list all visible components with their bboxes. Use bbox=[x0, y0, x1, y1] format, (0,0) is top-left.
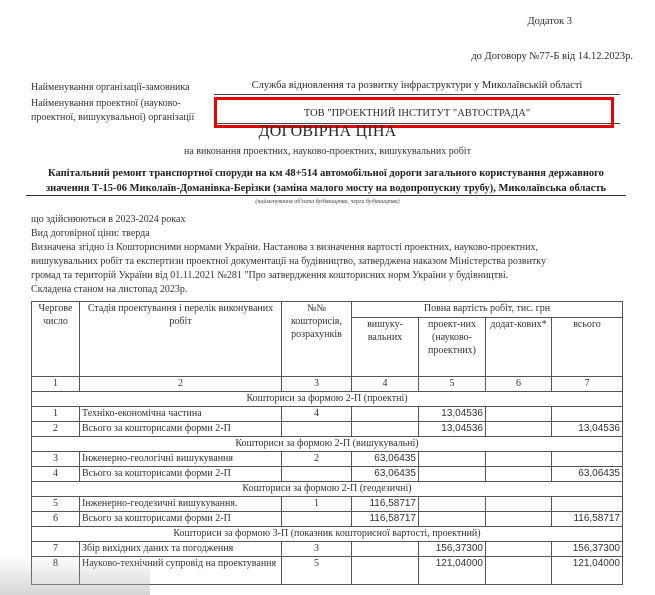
header-estimate-numbers: №№ кошторисів, розрахунків bbox=[282, 302, 352, 377]
section-title: Кошториси за формою 2-П (проектні) bbox=[32, 392, 623, 407]
row-total-cost: 63,06435 bbox=[552, 467, 623, 482]
row-design-cost bbox=[419, 452, 486, 467]
row-design-cost: 13,04536 bbox=[419, 407, 486, 422]
row-extra-cost bbox=[486, 452, 552, 467]
column-number: 3 bbox=[282, 377, 352, 392]
table-row: 7Збір вихідних даних та погодження3156,3… bbox=[32, 542, 623, 557]
row-survey-cost: 116,58717 bbox=[352, 497, 419, 512]
paragraph-years: що здійснюються в 2023-2024 роках bbox=[31, 213, 185, 227]
designer-label-line1: Найменування проектної (науково- bbox=[31, 97, 194, 111]
table-row: 5Інженерно-геодезичні вишукування.1116,5… bbox=[32, 497, 623, 512]
annex-label: Додаток 3 bbox=[527, 16, 572, 27]
row-survey-cost bbox=[352, 542, 419, 557]
header-stage: Стадія проектування і перелік виконувани… bbox=[80, 302, 282, 377]
row-survey-cost: 63,06435 bbox=[352, 467, 419, 482]
row-design-cost bbox=[419, 467, 486, 482]
row-total-cost bbox=[552, 452, 623, 467]
paragraph-basis-1: Визначена згідно із Кошторисними нормами… bbox=[31, 241, 538, 255]
row-estimate-ref bbox=[282, 467, 352, 482]
row-stage: Всього за кошторисами форми 2-П bbox=[80, 512, 282, 527]
header-survey: вишуку-вальних bbox=[352, 318, 419, 377]
row-extra-cost bbox=[486, 542, 552, 557]
row-design-cost: 121,04000 bbox=[419, 557, 486, 585]
row-total-cost: 121,04000 bbox=[552, 557, 623, 585]
column-number: 4 bbox=[352, 377, 419, 392]
row-estimate-ref bbox=[282, 422, 352, 437]
table-row: 8Науково-технічний супровід на проектува… bbox=[32, 557, 623, 585]
section-header-row: Кошториси за формою 2-П (проектні) bbox=[32, 392, 623, 407]
row-number: 5 bbox=[32, 497, 80, 512]
paragraph-basis-2: вишукувальних робіт та експертизи проект… bbox=[31, 255, 546, 269]
row-design-cost bbox=[419, 512, 486, 527]
row-estimate-ref bbox=[282, 512, 352, 527]
column-number-row: 1234567 bbox=[32, 377, 623, 392]
row-survey-cost: 116,58717 bbox=[352, 512, 419, 527]
row-stage: Науково-технічний супровід на проектуван… bbox=[80, 557, 282, 585]
column-number: 1 bbox=[32, 377, 80, 392]
section-title: Кошториси за формою 2-П (вишукувальні) bbox=[32, 437, 623, 452]
header-seq-number: Чергове число bbox=[32, 302, 80, 377]
row-design-cost bbox=[419, 497, 486, 512]
paragraph-date: Складена станом на листопад 2023р. bbox=[31, 283, 187, 297]
row-extra-cost bbox=[486, 467, 552, 482]
designer-label: Найменування проектної (науково- проектн… bbox=[31, 97, 194, 125]
column-number: 7 bbox=[552, 377, 623, 392]
section-header-row: Кошториси за формою 2-П (вишукувальні) bbox=[32, 437, 623, 452]
object-name-line2: значення Т-15-06 Миколаїв-Доманівка-Бері… bbox=[26, 183, 626, 196]
header-total: всього bbox=[552, 318, 623, 377]
row-total-cost bbox=[552, 497, 623, 512]
row-stage: Техніко-економічна частина bbox=[80, 407, 282, 422]
row-stage: Всього за кошторисами форми 2-П bbox=[80, 467, 282, 482]
row-number: 6 bbox=[32, 512, 80, 527]
row-stage: Збір вихідних даних та погодження bbox=[80, 542, 282, 557]
row-design-cost: 13,04536 bbox=[419, 422, 486, 437]
row-estimate-ref: 5 bbox=[282, 557, 352, 585]
section-header-row: Кошториси за формою 3-П (показник коштор… bbox=[32, 527, 623, 542]
customer-label: Найменування організації-замовника bbox=[31, 81, 190, 95]
row-stage: Всього за кошторисами форми 2-П bbox=[80, 422, 282, 437]
row-stage: Інженерно-геодезичні вишукування. bbox=[80, 497, 282, 512]
header-full-cost: Повна вартість робіт, тис. грн bbox=[352, 302, 623, 318]
document-title: ДОГОВІРНА ЦІНА bbox=[0, 123, 655, 141]
row-estimate-ref: 4 bbox=[282, 407, 352, 422]
table-row: 4Всього за кошторисами форми 2-П63,06435… bbox=[32, 467, 623, 482]
header-design: проект-них (науково-проектних) bbox=[419, 318, 486, 377]
row-number: 4 bbox=[32, 467, 80, 482]
contract-reference: до Договору №77-Б від 14.12.2023р. bbox=[471, 51, 633, 62]
row-extra-cost bbox=[486, 407, 552, 422]
row-estimate-ref: 1 bbox=[282, 497, 352, 512]
row-total-cost: 13,04536 bbox=[552, 422, 623, 437]
row-design-cost: 156,37300 bbox=[419, 542, 486, 557]
row-number: 1 bbox=[32, 407, 80, 422]
paragraph-basis-3: громад та територій України від 01.11.20… bbox=[31, 269, 508, 283]
row-total-cost bbox=[552, 407, 623, 422]
row-survey-cost bbox=[352, 407, 419, 422]
row-number: 3 bbox=[32, 452, 80, 467]
row-total-cost: 116,58717 bbox=[552, 512, 623, 527]
row-extra-cost bbox=[486, 422, 552, 437]
row-number: 8 bbox=[32, 557, 80, 585]
designer-value: ТОВ "ПРОЕКТНИЙ ІНСТИТУТ "АВТОСТРАДА" bbox=[214, 108, 620, 124]
row-survey-cost bbox=[352, 557, 419, 585]
row-total-cost: 156,37300 bbox=[552, 542, 623, 557]
row-survey-cost bbox=[352, 422, 419, 437]
section-title: Кошториси за формою 2-П (геодезичні) bbox=[32, 482, 623, 497]
table-row: 1Техніко-економічна частина413,04536 bbox=[32, 407, 623, 422]
paragraph-price-type: Вид договірної ціни: тверда bbox=[31, 227, 150, 241]
section-title: Кошториси за формою 3-П (показник коштор… bbox=[32, 527, 623, 542]
row-estimate-ref: 3 bbox=[282, 542, 352, 557]
object-name-line1: Капітальний ремонт транспортної споруди … bbox=[26, 168, 626, 179]
row-extra-cost bbox=[486, 497, 552, 512]
table-row: 6Всього за кошторисами форми 2-П116,5871… bbox=[32, 512, 623, 527]
table-row: 3Інженерно-геологічні вишукування263,064… bbox=[32, 452, 623, 467]
row-extra-cost bbox=[486, 512, 552, 527]
header-extra: додат-кових* bbox=[486, 318, 552, 377]
row-extra-cost bbox=[486, 557, 552, 585]
row-estimate-ref: 2 bbox=[282, 452, 352, 467]
document-subtitle: на виконання проектних, науково-проектни… bbox=[0, 146, 655, 157]
column-number: 2 bbox=[80, 377, 282, 392]
cost-table: Чергове число Стадія проектування і пере… bbox=[31, 301, 623, 585]
row-number: 7 bbox=[32, 542, 80, 557]
table-row: 2Всього за кошторисами форми 2-П13,04536… bbox=[32, 422, 623, 437]
row-stage: Інженерно-геологічні вишукування bbox=[80, 452, 282, 467]
object-caption: (найменування об'єкта будівництва, черги… bbox=[0, 199, 655, 205]
row-number: 2 bbox=[32, 422, 80, 437]
section-header-row: Кошториси за формою 2-П (геодезичні) bbox=[32, 482, 623, 497]
customer-value: Служба відновлення та розвитку інфрастру… bbox=[214, 80, 620, 95]
column-number: 6 bbox=[486, 377, 552, 392]
row-survey-cost: 63,06435 bbox=[352, 452, 419, 467]
column-number: 5 bbox=[419, 377, 486, 392]
